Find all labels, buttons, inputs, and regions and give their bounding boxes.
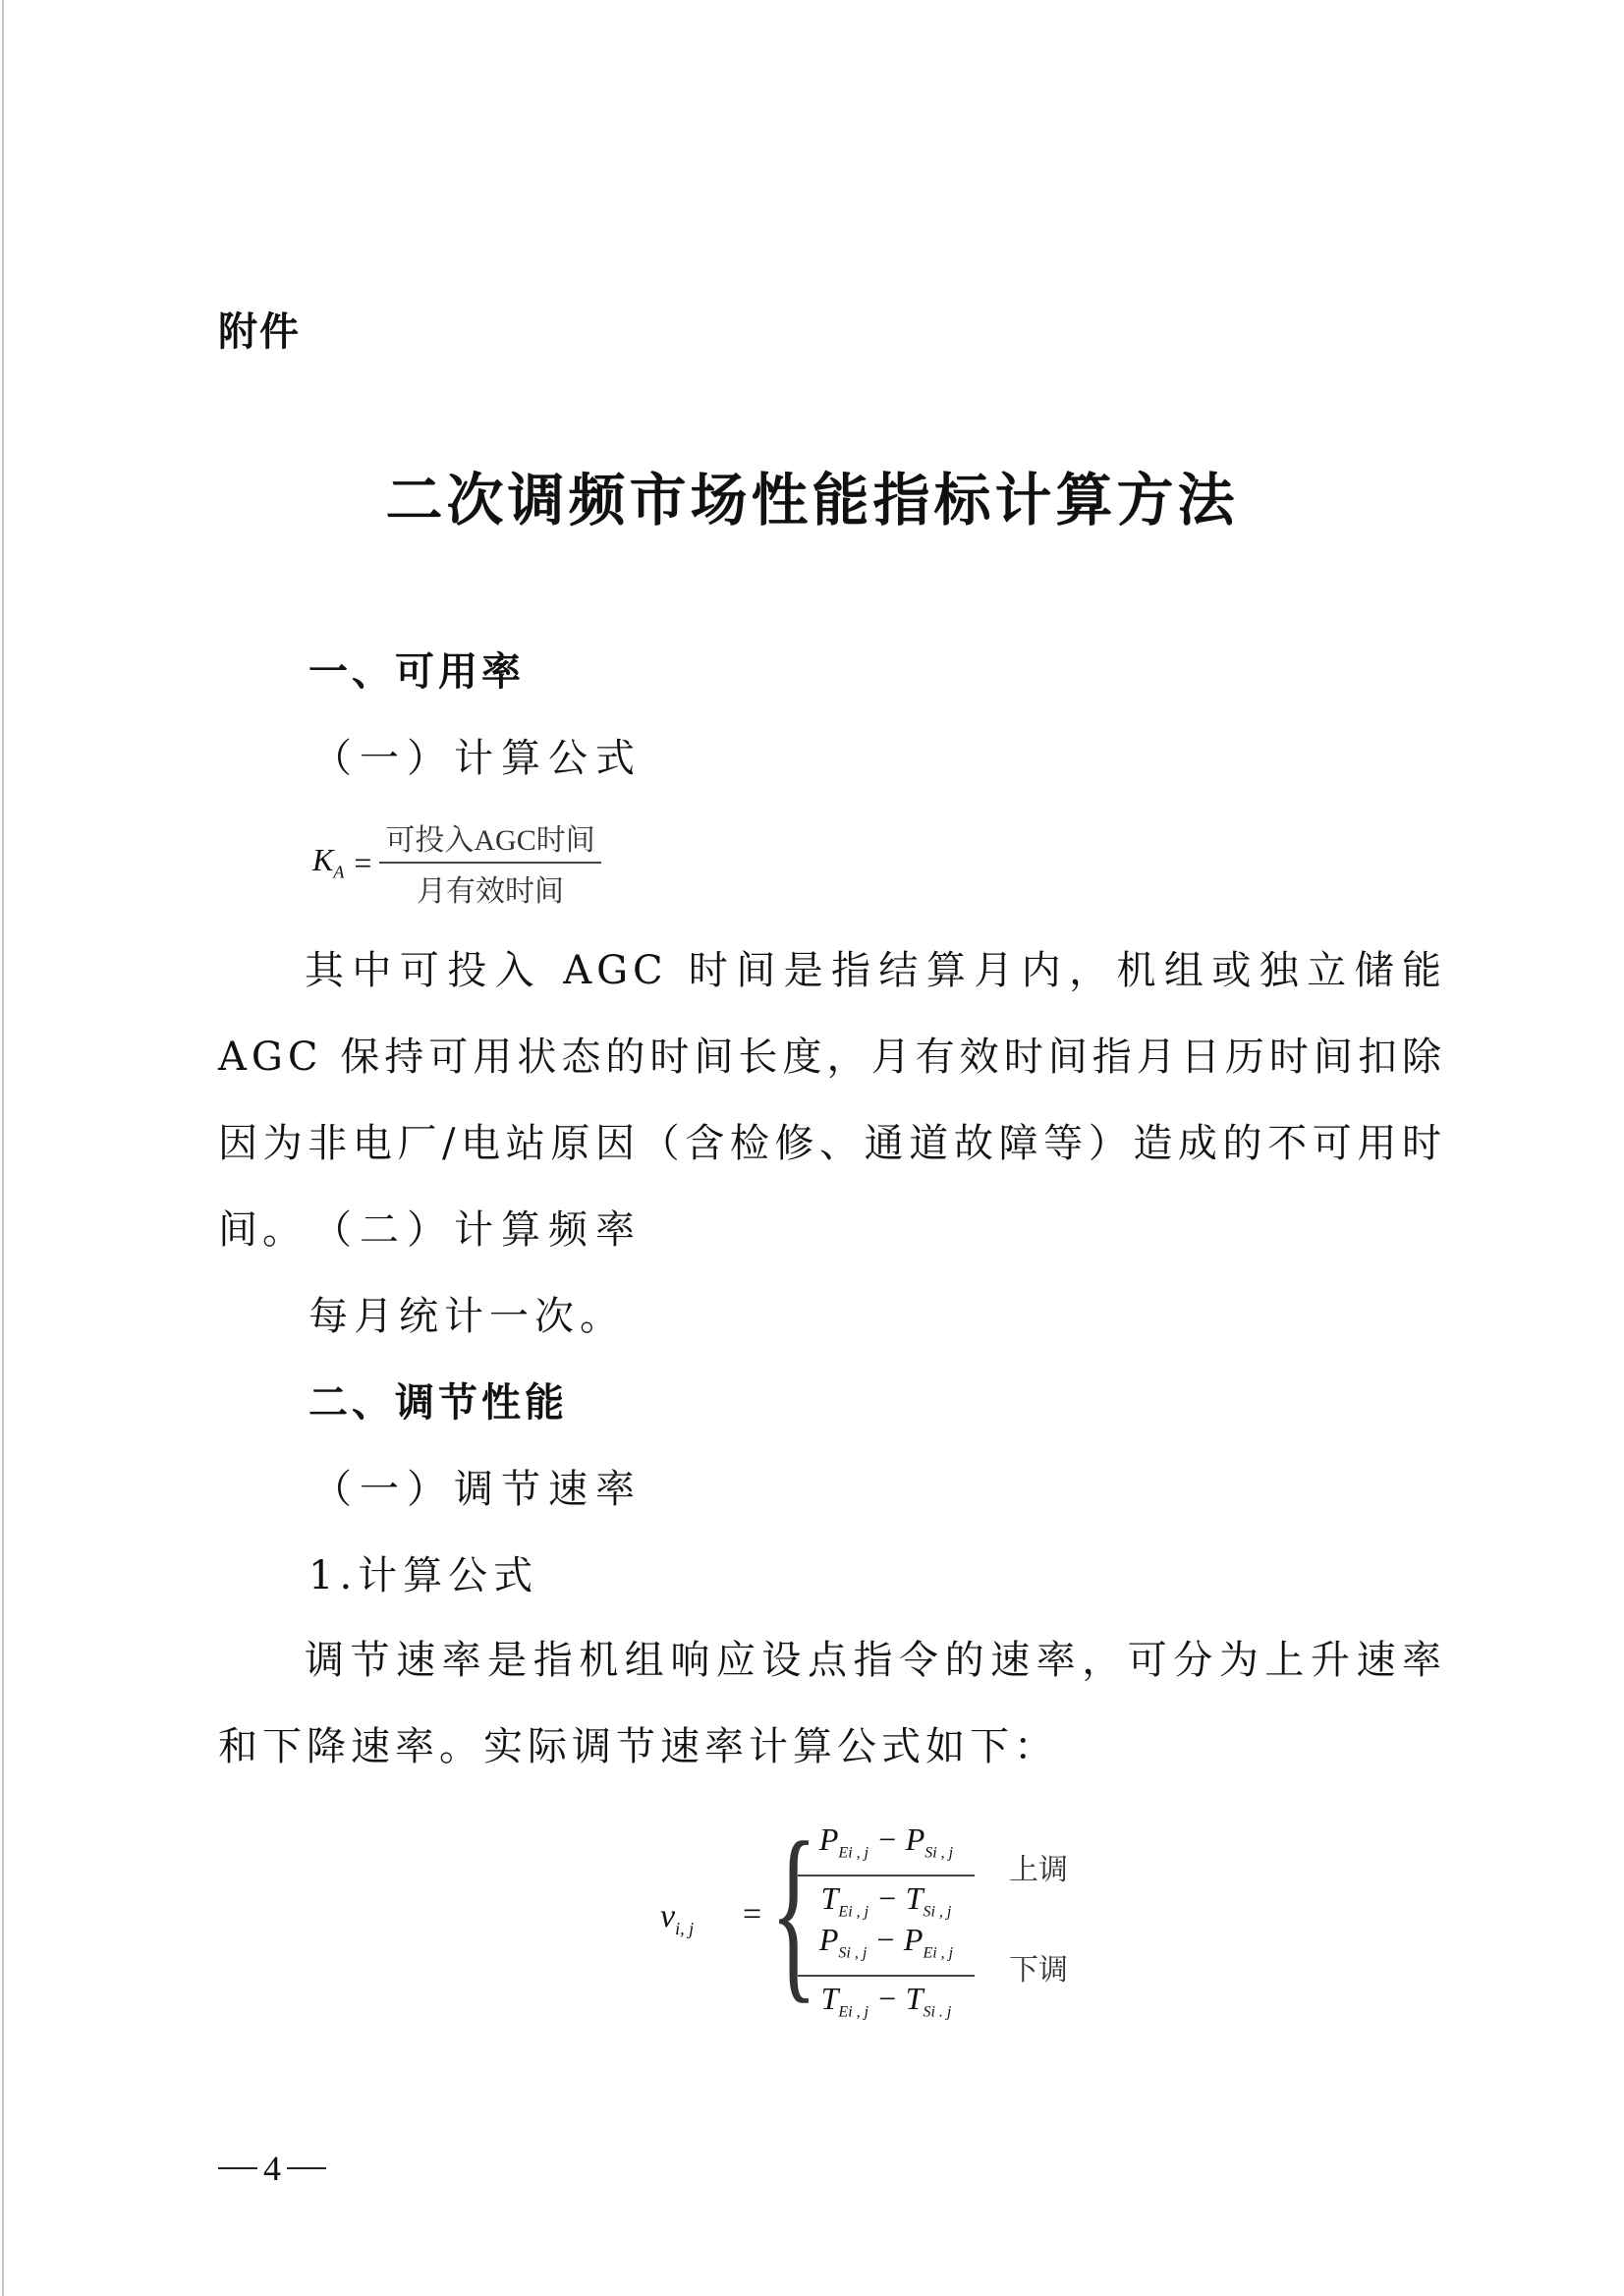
section-heading-regulation-performance: 二、调节性能 (308, 1372, 568, 1428)
condition-up: 上调 (1009, 1845, 1068, 1888)
denominator: 月有效时间 (411, 867, 570, 910)
subsection-heading-regulation-rate: （一）调节速率 (312, 1458, 643, 1514)
fraction-bar (798, 1875, 975, 1876)
numerator: PEi , j − PSi , j (819, 1820, 953, 1873)
denominator: TEi , j − TSi . j (821, 1979, 952, 2032)
formula-availability: KA = 可投入AGC时间 月有效时间 (312, 813, 601, 912)
case-down: PSi , j − PEi , j TEi , j − TSi . j (798, 1920, 975, 2033)
subsection-heading-frequency: （二）计算频率 (312, 1199, 643, 1255)
subsection-heading-formula: （一）计算公式 (312, 727, 643, 783)
document-title: 二次调频市场性能指标计算方法 (0, 454, 1624, 536)
condition-down: 下调 (1009, 1945, 1068, 1988)
numerator: 可投入AGC时间 (379, 815, 600, 859)
formula-regulation-rate: vi, j = { PEi , j − PSi , j TEi , j − TS… (660, 1818, 1112, 2024)
attachment-label: 附件 (218, 301, 301, 357)
equals-sign: = (743, 1896, 761, 1933)
dash-right (287, 2167, 326, 2169)
paragraph-frequency: 每月统计一次。 (308, 1285, 625, 1341)
numerator: PSi , j − PEi , j (819, 1920, 953, 1973)
fraction-bar (798, 1975, 975, 1977)
dash-left (218, 2167, 257, 2169)
section-heading-availability: 一、可用率 (308, 641, 525, 697)
formula-lhs: KA (312, 842, 344, 882)
page-number: 4 (218, 2148, 326, 2189)
fraction-bar (379, 862, 600, 864)
scan-edge-line (2, 0, 4, 2296)
item-heading-formula: 1.计算公式 (308, 1544, 538, 1600)
formula-lhs: vi, j (660, 1898, 694, 1939)
fraction: 可投入AGC时间 月有效时间 (379, 815, 600, 910)
paragraph-regulation-rate-definition: 调节速率是指机组响应设点指令的速率，可分为上升速率和下降速率。实际调节速率计算公… (218, 1617, 1446, 1790)
equals-sign: = (354, 845, 371, 881)
page-number-value: 4 (263, 2148, 281, 2189)
document-page: 附件 二次调频市场性能指标计算方法 一、可用率 （一）计算公式 KA = 可投入… (0, 0, 1624, 2296)
case-up: PEi , j − PSi , j TEi , j − TSi , j (798, 1820, 975, 1932)
